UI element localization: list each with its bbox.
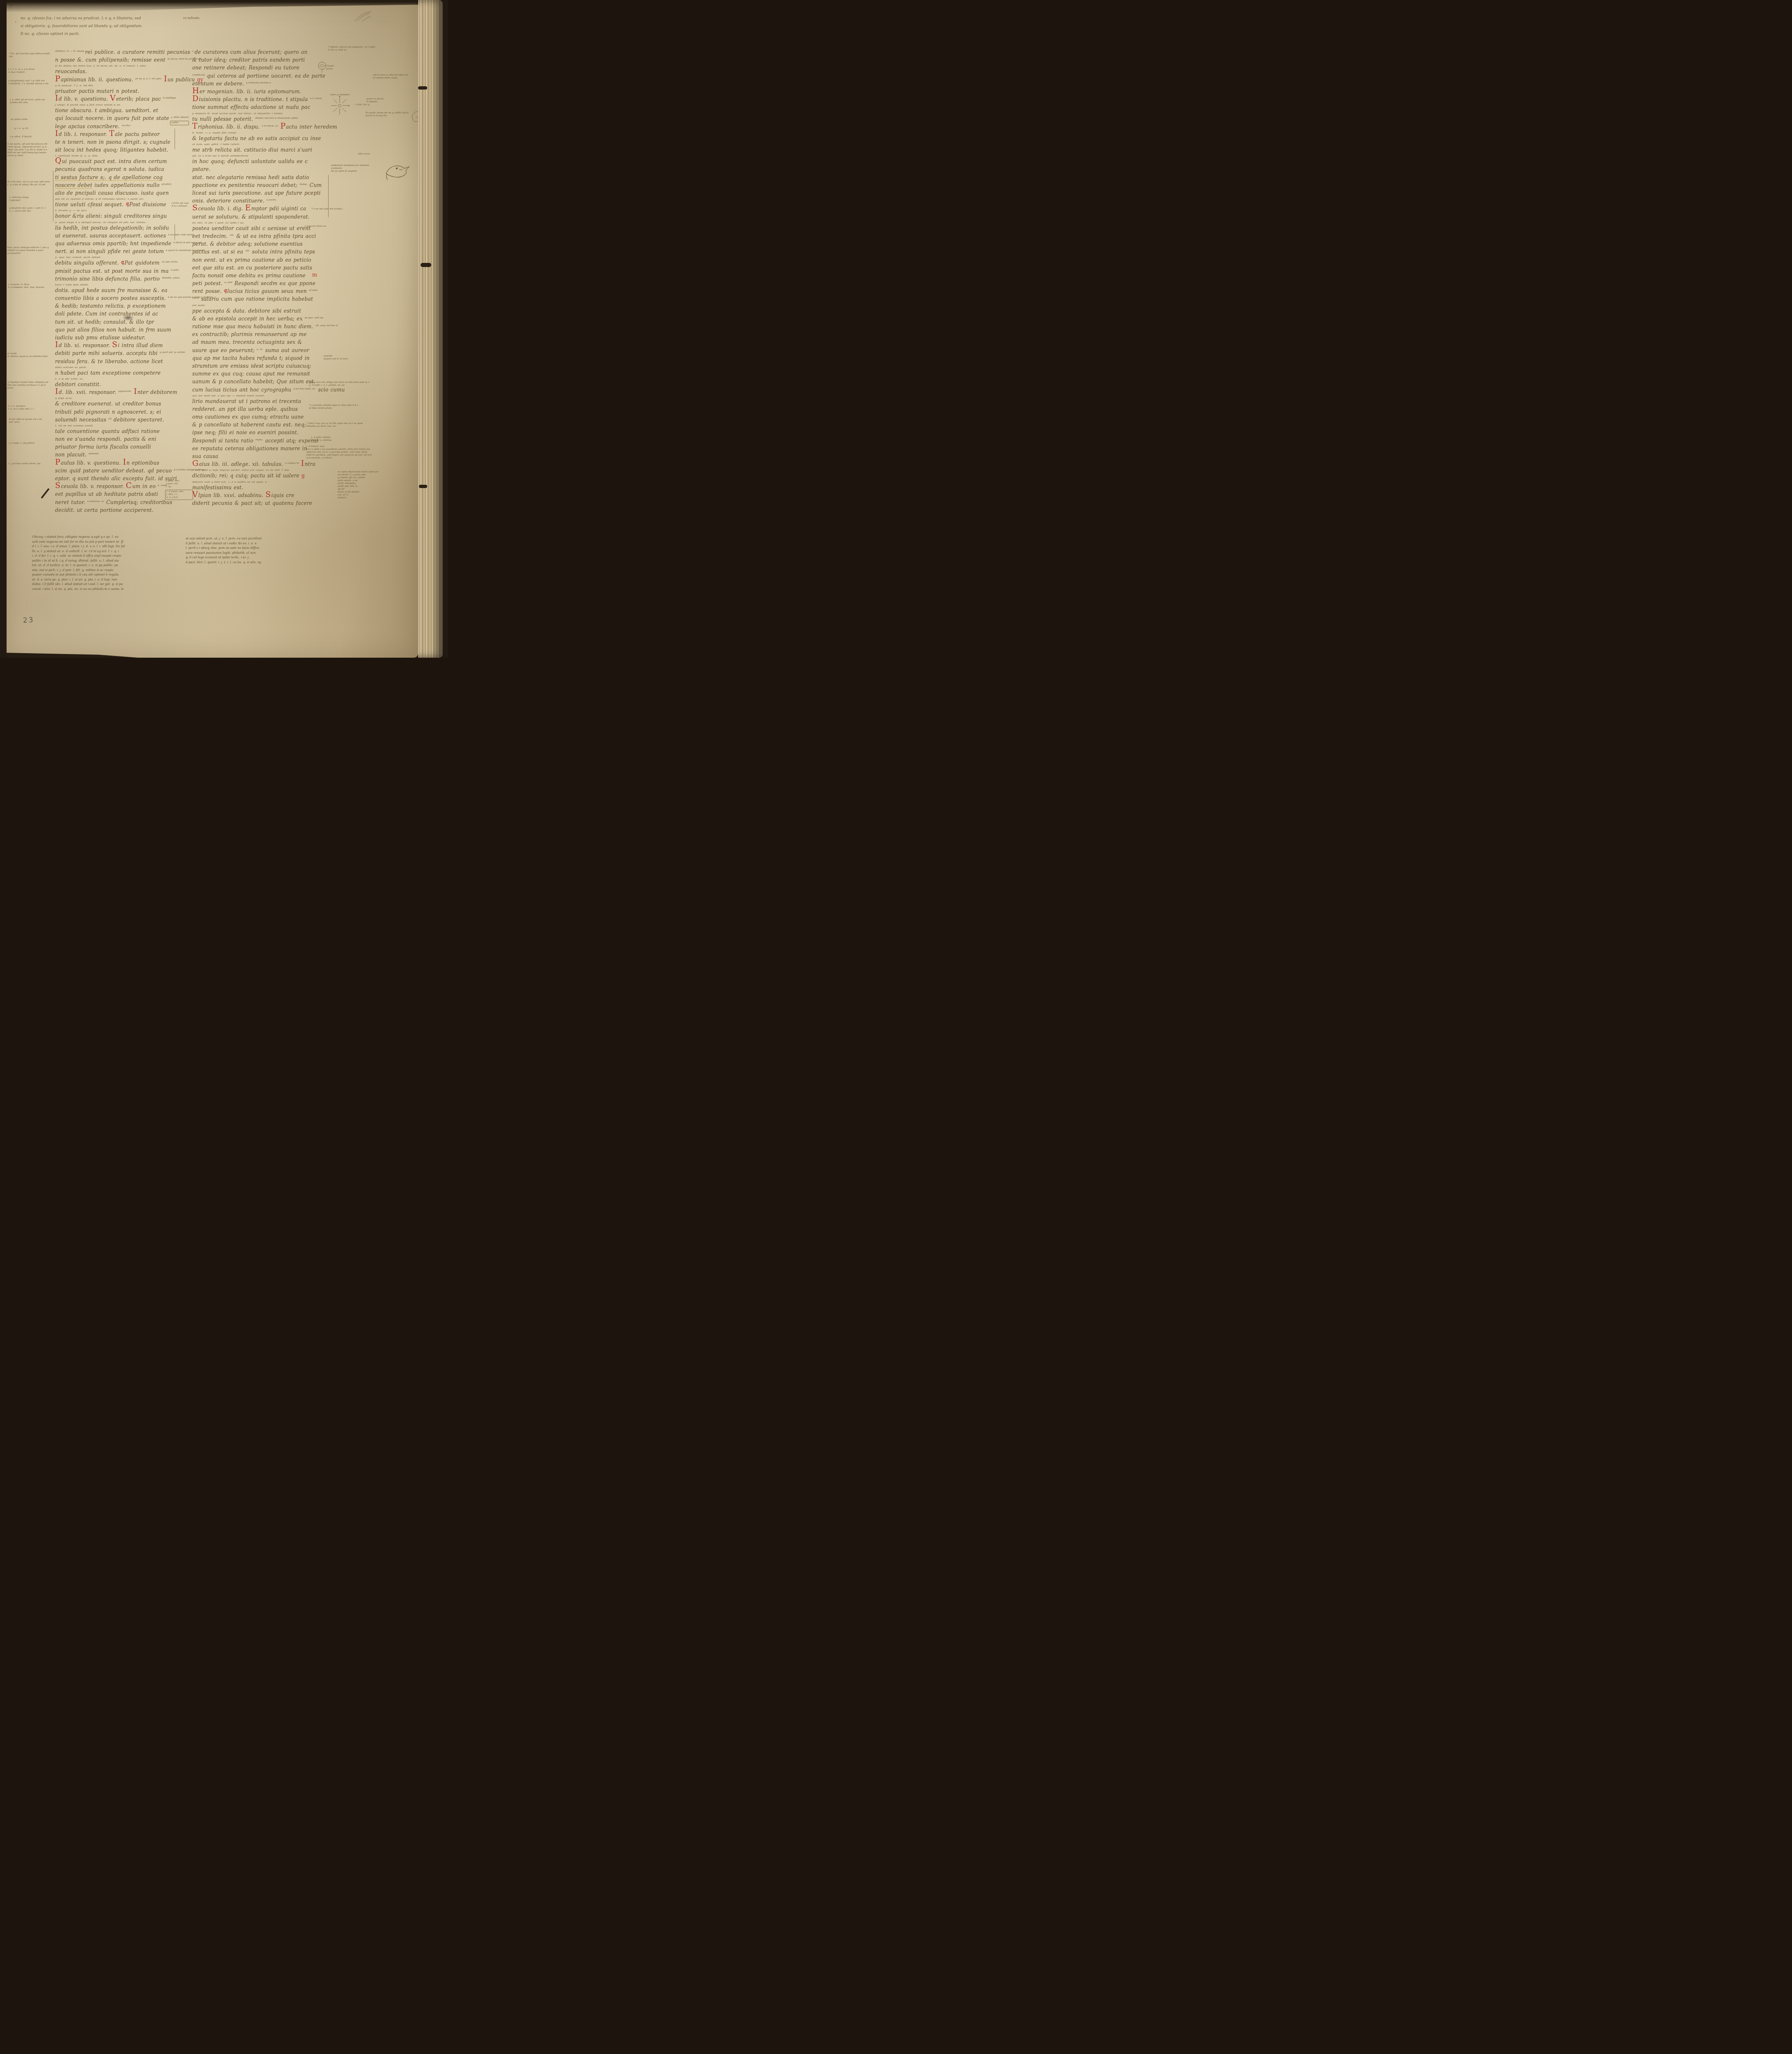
manuscript-line: p. qua; hac comod. pacti uidant. [55,256,187,259]
manuscript-line: quo pat alios filios non habuit. in frm … [55,326,187,334]
margin-gloss-note: ex cipra impecunia nuira uald parun alcu… [338,471,391,500]
manuscript-line: ipse neq; filii ei noie eo eueniri possi… [192,429,323,437]
bottom-edge-shadow [7,653,138,658]
main-text-right-column: j..de curatores cum alius fecerunt; quer… [192,48,323,507]
manuscript-line: tione ueluti cfessi sequet. ⸿Post diuisi… [55,201,187,209]
margin-gloss-note: t pmit. reb;j pact. rel.l. ay. [166,480,189,488]
margin-gloss-note: huic pacto debuge editore l. ado q etele… [7,246,52,255]
manuscript-line: j..de curatores cum alius fecerunt; quer… [192,48,323,56]
manuscript-line: puator comodu te aut philedo i li cau si… [32,573,176,578]
manuscript-line: in hoc quoq; defuncti uoluntate ualidu e… [192,158,323,166]
manuscript-line: pecunia quadrans egerat n soluta. iudica [55,166,187,173]
manuscript-line: sn; isto. oi pte. i quat. ac iydts l ay. [192,221,323,225]
manuscript-line: manifestissimu est. [192,484,323,492]
page-number: 23 [23,616,35,624]
manuscript-line: bonor &ris alieni: singuli creditores si… [55,212,187,220]
manuscript-line: tione summat effectu adactione ut nudu p… [192,104,323,111]
manuscript-line: rent posse. ⸿lucius ticius gauum seuu me… [192,288,323,295]
manuscript-line: scim quid pstare uenditor debeat. qd pec… [55,467,187,475]
manuscript-line: iudiciu sub pmu etulisse uideatur. [55,334,187,342]
manuscript-line: Sceuola lib. i. dig. Emptor pdii uiginti… [192,205,323,213]
margin-gloss-note: si cuuled; debtoz quan q; se tebndu icip… [7,352,48,358]
manuscript-line: qua aduersus omis ppartib; hnt impediend… [55,240,187,248]
manuscript-line: oms cautiones ex quo cumq; etractu uane [192,413,323,421]
manuscript-line: It no. q; cfessio optinet in pacti. [21,31,251,39]
margin-gloss-note: aelisarere suellane por renuere uoniuano… [331,164,372,173]
manuscript-line: no. q; cfessio fca. i no aduersa ea prud… [21,16,251,23]
manuscript-line: trimonio sine libis defuncta filia. port… [55,275,187,283]
manuscript-line: d pact. dict. l. queirt. i. j. t. i. l. … [186,560,325,565]
manuscript-line: i. apellauit hodie if. q. q. dies [55,154,187,158]
bottom-commentary-left: Ubicuq; i statuit fora; obligate negocio… [32,535,176,592]
manuscript-line: ratione mse qua mecu habuisti in hunc di… [192,323,323,331]
manuscript-line: albinico. d. — it. usuas.rei publice. a … [55,48,187,56]
manuscript-line: q si piascat. 7 j. e. int 8bi. [55,84,187,88]
manuscript-line: Her mogenian. lib. ii. iuris epitomarum. [192,88,323,96]
margin-gloss-note: a spaccio deno ae [305,225,342,228]
margin-gloss-note: m [312,272,320,279]
manuscript-line: t; drcatio y. — as quo; [55,209,187,212]
manuscript-line: Id lib. v. questionu. Veterib; placa pac… [55,95,187,103]
manuscript-line: & legatariu factu ne ab eo satis accipia… [192,135,323,143]
manuscript-line: ut euenerat. usuras acceptauert. actione… [55,232,187,240]
manuscript-line: me strb relicta sit. cstitucio diui marc… [192,146,323,154]
margin-gloss-note: j a regul. j. uig plabe; [9,442,42,445]
margin-gloss-note: 7 placi cuq; poz q; ru fili; agno sno ip… [306,422,368,428]
manuscript-line: redderet. an ppt illa uerba eple. quibus [192,405,323,413]
manuscript-line: ex contractib; plurimis remanserunt ap m… [192,331,323,338]
manuscript-line: eet que situ est. an cu posteriore pactu… [192,264,323,272]
margin-gloss-note: j. d pactu. d. Sica.e. d mislsee. deb. S… [8,283,48,289]
manuscript-line: reuocandas. [55,68,187,76]
manuscript-line: quo ipo mad aut. s quo ipo — madati tene… [192,394,323,398]
manuscript-line: Id lib. i. responsor. Tale pactu psiteor [55,131,187,138]
margin-gloss-note: q stualere dal; puni. l. plic h. l. e. c… [9,207,48,213]
fore-edge-leaf-stack [418,0,443,658]
manuscript-line: pstare. [192,166,323,173]
manuscript-line: doli pdete. Cum int contrahentes id ac [55,310,187,318]
manuscript-line: d sntl quid s; lege impono pactor. uidor… [192,468,323,472]
manuscript-line: priuator pactis mutari n potest. [55,88,187,95]
manuscript-line: Paulus lib. v. questionu. In eptionibus [55,459,187,467]
margin-stroke [328,175,329,218]
margin-gloss-note: saerelaseplae aut d; hi taro. [324,355,369,361]
margin-gloss-note: 7 [15,21,19,24]
manuscript-line: stat. nec alegatario remissa hedi satis … [192,174,323,182]
manuscript-line: & tutor ideq; creditor patris eandem por… [192,56,323,64]
margin-gloss-note: est la rere q; elip lan illue ad ut uale… [373,74,410,80]
margin-gloss-note: cudiio [170,121,189,125]
margin-gloss-note: q Tuenbar nuled habe obligata ad liba ne… [7,381,51,390]
manuscript-line: & hedib; testamto relictis. p exceptione… [55,302,187,310]
manuscript-line: tale conuentione quantu adfisci ratione [55,428,187,435]
margin-gloss-note: i q; plice. S ipacni. [10,136,43,138]
manuscript-line: uaru renuact paciscetes legib; phibetib;… [186,551,325,556]
manuscript-line: ut. d. e. iuris ge. q. ptor. i. l. si un… [32,578,176,583]
margin-gloss-note: c. j pacisct epire uilam. lyr. [8,463,49,465]
manuscript-line: hucn r nrde futu edidit. [55,283,187,287]
manuscript-line: tum sit. ut hedib; consulat. & illo tpr [55,318,187,326]
margin-gloss-note: 7 s na ine uale hie scripto. [311,208,357,211]
manuscript-line: debitu singulis offerant. ⸿Pat quidotem … [55,259,187,267]
margin-gloss-note: t. r. e. quruico.t. e. si a celia reb; l… [8,405,48,411]
manuscript-line: dictionib; rei; q cuiq; pactu sit id ual… [192,472,323,480]
manuscript-line: soluendi necessitas ad debitore spectare… [55,416,187,424]
manuscript-line: uni sumt. [192,304,323,307]
manuscript-line: pactus est. ut si ea viii. soluta intra … [192,248,323,256]
manuscript-line: ularii salariu cum quo ratione implicita… [192,295,323,303]
manuscript-line: tut. ut. d. d iurdict. o. iii. l. si que… [32,563,176,568]
manuscript-line: dubiu. i li fallit ubi. l. aliud statuit… [32,582,176,587]
manuscript-line: residuu fera. & te liberabo. actione lic… [55,358,187,366]
manuscript-line: non ee s'uanda respondi. pactis & eni [55,435,187,443]
manuscript-line: S. ttrde. — s. legati fidi comisi [192,131,323,135]
pen-slash-mark [41,488,50,499]
manuscript-line: strumtum are emissu idest scriptu cuiusc… [192,362,323,370]
manuscript-line: diderit pecunia & pact sit; ut quatenu f… [192,500,323,507]
manuscript-line: lis hedib, int postus delegationib; in s… [55,224,187,232]
manuscript-line: ciscat. i dea. l. si un. q. pta. isi. si… [32,587,176,592]
manuscript-line: lit. u. l. q statuit ut. e. d codicill. … [32,549,176,554]
manuscript-line: d l. i. l. neo. i e. d snius. l. plata. … [32,544,176,549]
manuscript-line: peti potest. s; peti Respondi secdm ea q… [192,280,323,288]
manuscript-line: liceat sui iuris psecutione. aut spe fut… [192,189,323,197]
manuscript-line: tione obscura. t ambigua. uenditori. et [55,107,187,115]
manuscript-line: i. d. d fer. l. i. q. i. subi. ac statui… [32,554,176,559]
manuscript-line: creditoris qui ceteros ad portione uocar… [192,72,323,80]
margin-gloss-note: Caesiopacto [326,65,343,71]
manuscript-line: ee reputata ceteras obligationes manere … [192,445,323,453]
manuscript-line: pmisit pactus est. ut post morte sua in … [55,267,187,275]
margin-gloss-note: G pe pacta. qd uod tas stuocu int bede q… [7,143,52,157]
margin-gloss-note: 7 q recetta untelat glue d; nino sstr il… [309,404,370,410]
margin-gloss-note: j forte est equd ex ordinari [172,202,197,208]
manuscript-line: Diuisionis placitu. n is traditione. t s… [192,96,323,104]
manuscript-line: tributi pdii pignorati n agnosceret. s; … [55,408,187,416]
margin-gloss-note: hi a de dus;. ne uo pe aql; add uera i. … [7,181,51,187]
manuscript-line: etentum ee debere. y extracta pactus e. [192,80,323,88]
manuscript-line: l. peril s i ubicq; dixi. pcm no uale no… [186,546,325,551]
manuscript-line: sit locu int hedes quoq; litigantes habe… [55,146,187,154]
manuscript-line: ad msam mea. trecenta octuaginta sex & [192,338,323,346]
header-annotation: no. q; cfessio fca. i no aduersa ea prud… [21,16,251,39]
manuscript-line: qua ap me tacita habes refunda t; siquod… [192,355,323,362]
ink-stain [122,315,134,321]
bottom-commentary-right: ut sep ualeat pcm. ut. j. e. l. pcm. cu … [186,537,325,565]
manuscript-line: ut noie. sub; gdict. l indie relicti. [192,143,323,146]
manuscript-line: miscere oam q heri pot. — s n ualidu ee … [192,480,323,484]
main-text-left-column: albinico. d. — it. usuas.rei publice. a … [55,48,187,514]
manuscript-line: Papinianus lib. ii. questionu. pt ey. q.… [55,76,187,84]
manuscript-line: nert. si non singuli pfide rei geste tot… [55,248,187,256]
manuscript-line: n posse &. cum philipensib; remisse eent… [55,56,187,64]
margin-gloss-note: 1. delictcy. Susp.i egnosul. [9,196,46,202]
manuscript-line: public i te id ut k. i q. d iurisg. dbit… [32,559,176,564]
margin-gloss-note: pacti cu ppoal.S iduusio. [366,98,403,104]
manuscript-line: ppe accepta & data. debitore sibi estrui… [192,307,323,315]
manuscript-line: onis. deteriore constituere. y pactu. [192,197,323,205]
manuscript-line: ut sep ualeat pcm. ut. j. e. l. pcm. cu … [186,537,325,541]
margin-stroke [175,224,175,240]
manuscript-line: debitori constitit. [55,381,187,389]
manuscript-line: t. int se eni ccentes uendt. [55,424,187,428]
manuscript-line: que sit eo appelat p sntcia; q ni renuas… [55,197,187,201]
manuscript-line: non eent. ut ex prima cautione ab eo pet… [192,256,323,264]
margin-gloss-note: j. q poiti. plubia.j de de q. stedus. [311,436,361,442]
manuscript-line: perat. & debitor adeq; solutione euentiu… [192,240,323,248]
manuscript-line: q; li cet lege ecunent ut ipdat iurib;. … [186,555,325,560]
manuscript-line: summe ex qua cuq; causa aput me remansit [192,370,323,378]
manuscript-line: sita. aut si pich. i. j. d pair. l. fili… [32,568,176,573]
margin-gloss-note: l. d tnsact. suq.hoc n qisle e un pacisl… [306,445,373,460]
margin-stroke [175,128,175,150]
manuscript-line: & creditore euenerat. ut creditor bonus [55,400,187,408]
margin-gloss-note: q magdianub; eut. i q; indi rcei Arustic… [8,80,51,85]
manuscript-line: Triphonius. lib. ii. dispu. s it uiuos. … [192,123,323,131]
margin-gloss-note: 7 lio. qd cuactig aqua fideq scepit uia. [9,53,50,58]
manuscript-line: & ab eo epistola accepit in hec uerba; e… [192,315,323,323]
manuscript-line: Respondi si tantu ratio repta. accepti a… [192,437,323,445]
manuscript-line: te n teneri. non in psona dirigit. s; cu… [55,138,187,146]
manuscript-line: usure que eo peuerunt; s. ut. suma aut a… [192,347,323,355]
margin-gloss-note: l. fam. hic q. [355,104,384,106]
margin-gloss-note: s qno luci cet obliga aut uera ao dns ma… [309,381,370,387]
manuscript-line: ti sestus facture s;. q de apellatione c… [55,174,187,182]
manuscript-line: debiti parte mihi solueris. acceptu tibi… [55,350,187,357]
margin-gloss-note: t. l. i. e. q. s. p p dical.e auq; nogae… [8,68,49,74]
margin-gloss-note: Alla d por. [358,153,383,156]
margin-gloss-note: 7 adiuca. tutore uia sussicila;. ut i ps… [328,46,377,52]
manuscript-line: p. quas smgu n u usingul pecuu. no singu… [55,221,187,224]
manuscript-line: uult uale negocia sin tali for te illa n… [32,540,176,545]
manuscript-line: lege apcius conscribere. cu duo [55,123,187,131]
manuscript-line: Id lib. xi. responsor. Si intra illud di… [55,342,187,350]
leaf-flourish-doodle [354,10,372,23]
margin-gloss-note: se pulan ende [11,118,35,121]
manuscript-line: Qui puocauit pact est. intra diem certum [55,158,187,166]
manuscript-line: non placuit. debebit. [55,451,187,459]
circle-seal-doodle [316,60,329,74]
manuscript-line: datio actione no parit. [55,366,187,369]
manuscript-line: n habet paci tam exceptione competere [55,369,187,377]
margin-gloss-note: Ex pacto ibone fec se q; adlito facto pa… [366,112,411,117]
manuscript-line: s. e si pte solut. ac. [55,377,187,381]
manuscript-line: Vlpian lib. xxvi. adsabinu. Siquis cre [192,492,323,500]
margin-gloss-note: q; i. e. q; dr. [14,127,43,130]
margin-gloss-note: si iue uille si pacisc ne a se pet' pact [9,418,44,424]
manuscript-line: qd; cu a b;de sui p tybuit satisdactione [192,154,323,158]
parchment-page: no. q; cfessio fca. i no aduersa ea prud… [7,0,418,658]
manuscript-line: alio de pncipali causa discusso. iusta q… [55,189,187,197]
manuscript-line: eet tredecim. xiii. & ut ea intra pfinit… [192,233,323,240]
manuscript-line: decidit. ut certa portione acciperent. [55,507,187,514]
manuscript-line: si de dubia; iur meta boa. f. tn factu s… [55,64,187,68]
manuscript-photo: no. q; cfessio fca. i no aduersa ea prud… [0,0,448,658]
margin-stroke [53,170,53,222]
manuscript-line: Ubicuq; i statuit fora; obligate negocio… [32,535,176,540]
manuscript-line: ppactione ex penitentia reuocari debet; … [192,182,323,189]
starburst-doodle [329,95,350,116]
manuscript-line: tu nulli pdesse poterit. diuisio aut inc… [192,115,323,123]
manuscript-line: dotis. apud hede suum fre mansisse &. ea [55,287,187,295]
manuscript-line: one retinere debeat; Respondi eu tutore [192,64,323,72]
manuscript-line: Id. lib. xvii. responsor. pignorant. Int… [55,389,187,396]
beast-head-doodle [384,161,410,181]
manuscript-line: qui locauit nocere. in quoru fuit pote s… [55,115,187,122]
manuscript-line: priuator forma iuris fiscalis conuelli [55,443,187,451]
margin-gloss-note: t. d pmut. reb;j. Hol. l. i.e. e. j bor. [165,490,193,500]
manuscript-line: postea uenditor cauit sibi c uenisse ut … [192,225,323,233]
manuscript-line: uanum & p cancellato habebit; Que situm … [192,378,323,386]
manuscript-line: Gaius lib. iii. adlege. xii. tabulas. y … [192,461,323,468]
manuscript-line: uerat se soluturu. & stipulanti spoponde… [192,213,323,221]
manuscript-line: & p cancellato ut haberent cautu est. ne… [192,421,323,429]
manuscript-line: lirio mandauerat ut i patrono ei trecent… [192,398,323,405]
margin-gloss-note: i. s. dela qd ad icun. quilo au; posida … [10,99,53,104]
manuscript-line: p mutacio tt. nout accioe parit. nul tdi… [192,112,323,115]
manuscript-line: q pign accp. [55,396,187,400]
manuscript-line: factu nonsit ome debitu ex prima caution… [192,272,323,280]
manuscript-line: conuentio libis a socero postea suscepti… [55,295,187,302]
manuscript-line: si obligatoria. q; fauorabiliores sunt a… [21,23,251,31]
header-side-note: ex iudicatu. [183,16,200,20]
manuscript-line: j abigu. 8 pactis uius q fuit extra nata… [55,103,187,107]
manuscript-line: cum lucius ticius ant hoc cyrographu p a… [192,386,323,394]
manuscript-line: noscere debet iudex appellationis nullo … [55,182,187,189]
manuscript-line: h fallit. u. l. aliud statuit ut i eaibz… [186,541,325,546]
